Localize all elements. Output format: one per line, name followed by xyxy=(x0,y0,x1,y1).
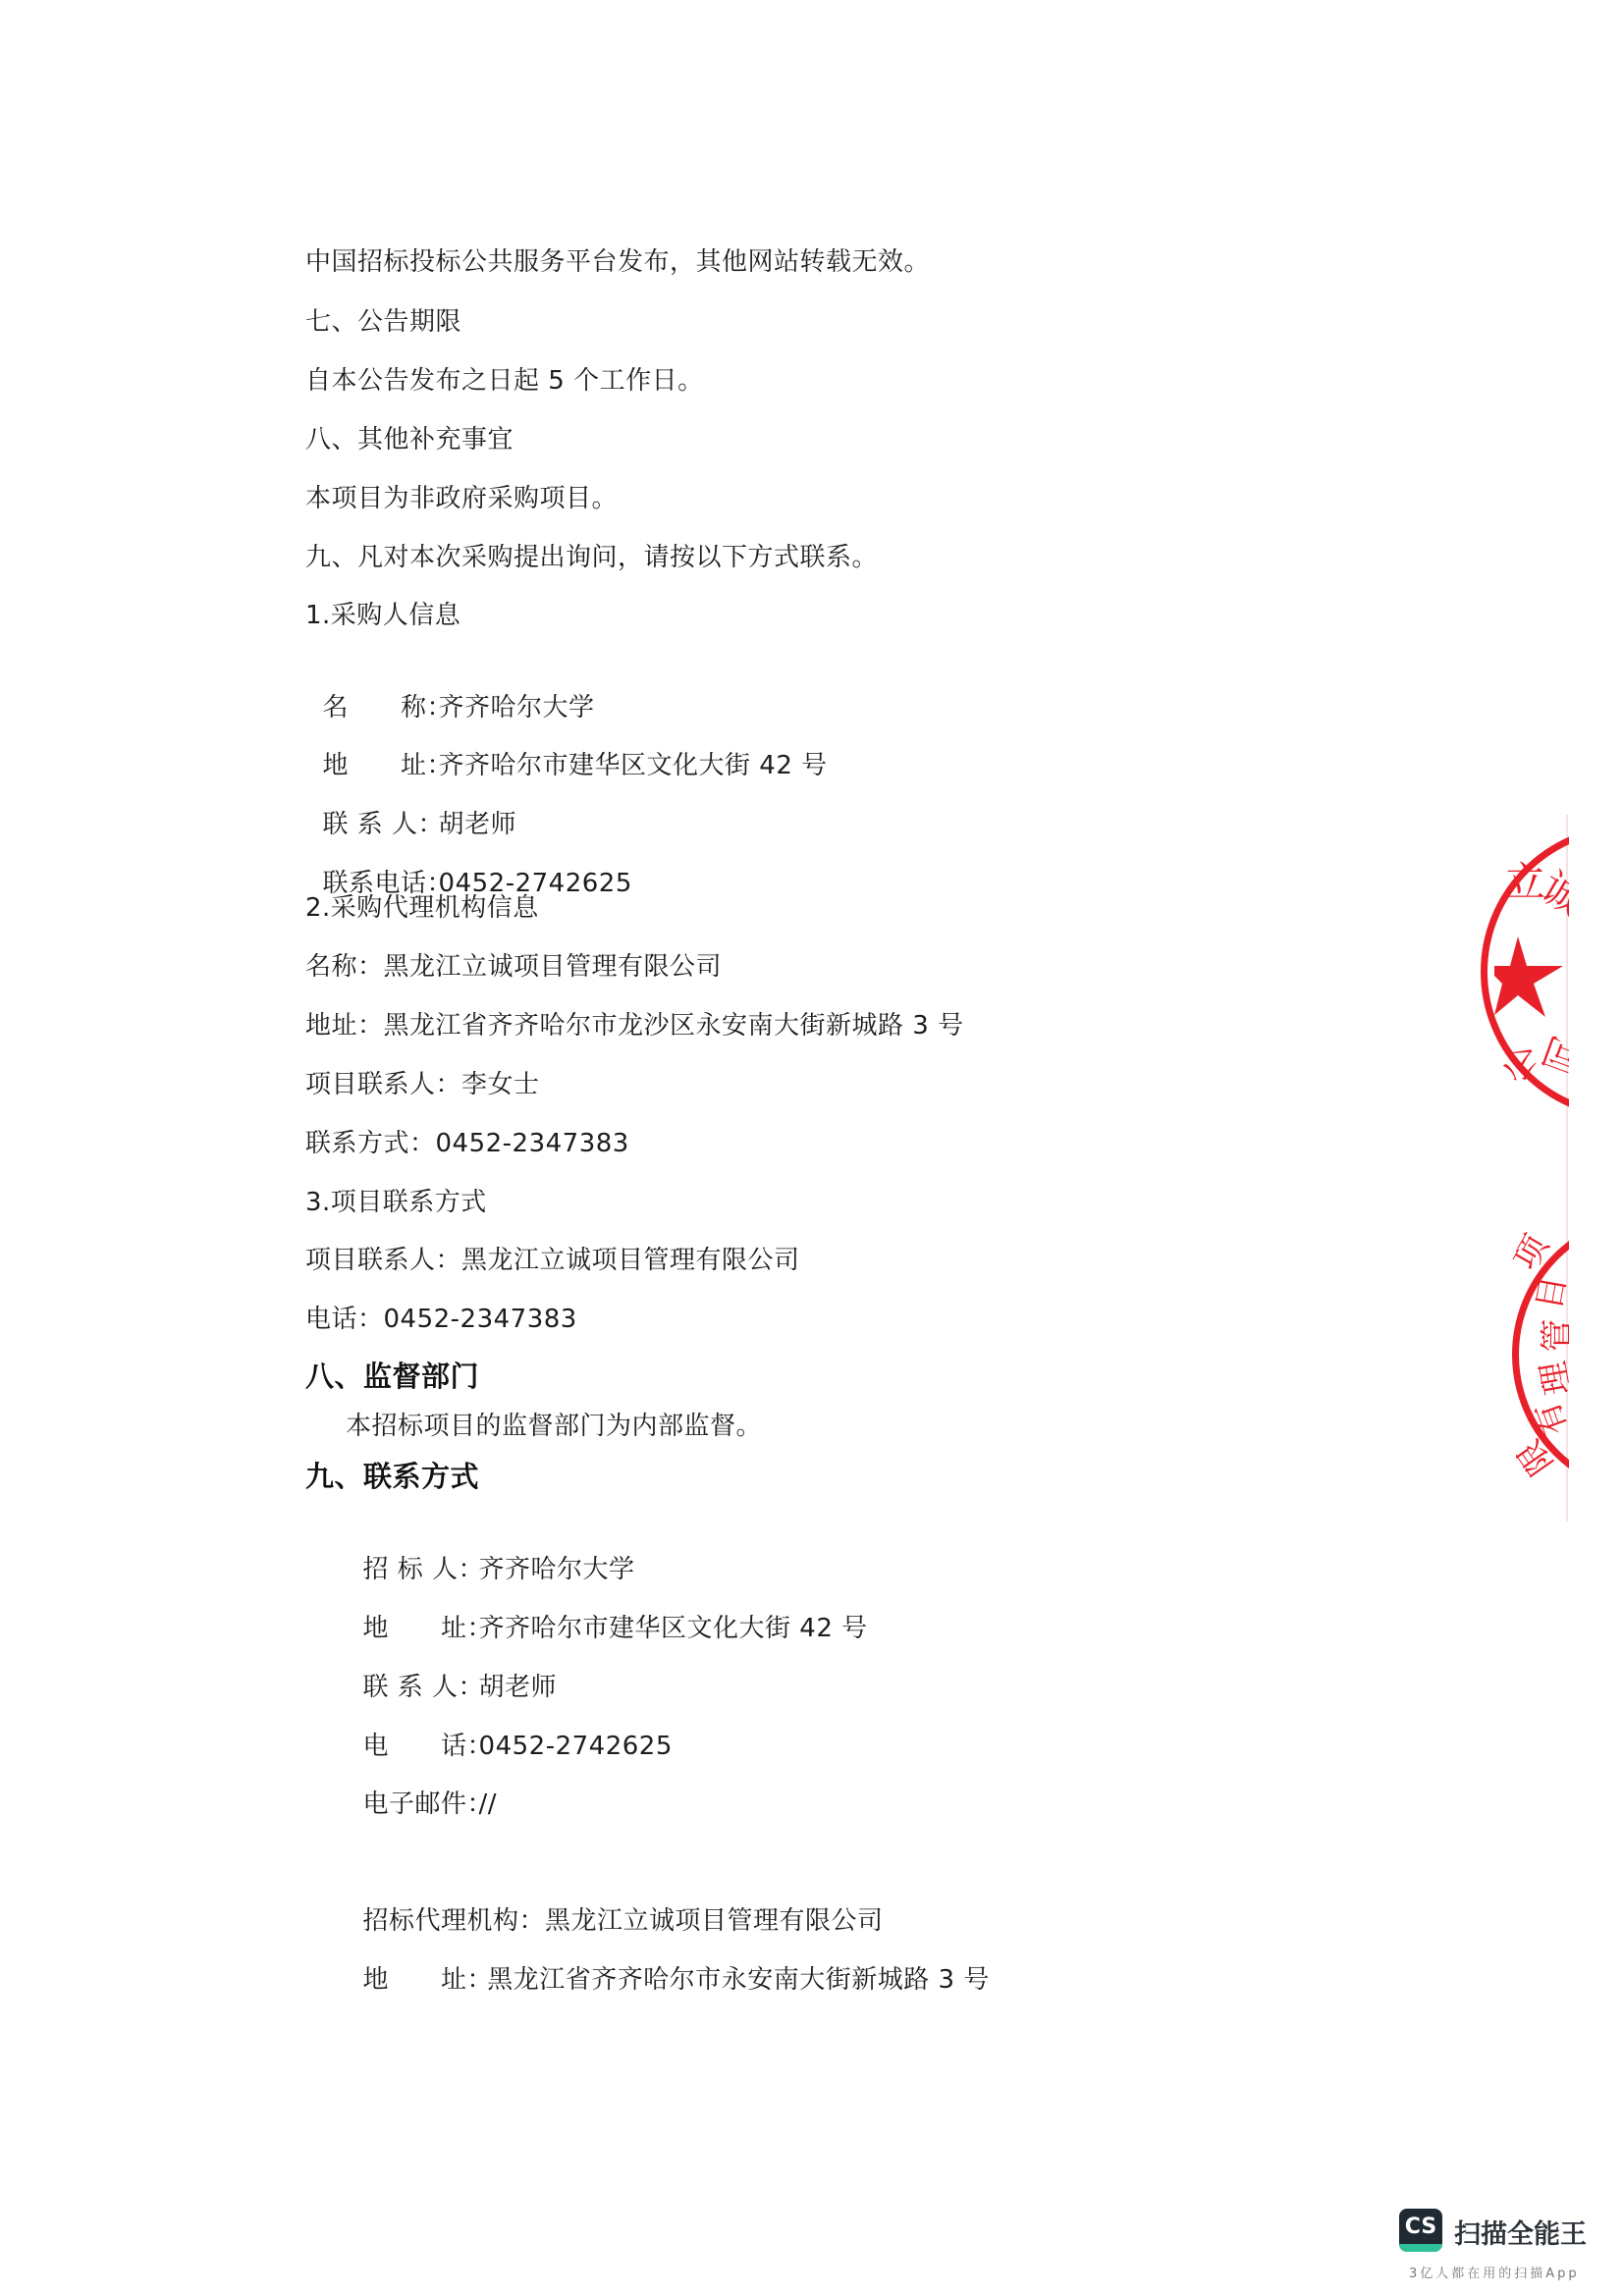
section-heading-other-matters: 八、其他补充事宜 xyxy=(305,423,514,456)
tenderer-phone-row: 电 话：0452-2742625 xyxy=(346,1696,673,1763)
field-label: 电子邮件： xyxy=(363,1788,479,1821)
project-contact-phone: 电话：0452-2347383 xyxy=(305,1303,577,1336)
seal-char: 管 xyxy=(1531,1319,1570,1353)
field-value: 黑龙江省齐齐哈尔市永安南大街新城路 3 号 xyxy=(479,1965,990,1995)
tenderer-address-row: 地 址：齐齐哈尔市建华区文化大街 42 号 xyxy=(346,1578,868,1645)
tenderer-row: 招 标 人：齐齐哈尔大学 xyxy=(346,1520,635,1586)
agency-contact-person: 项目联系人：李女士 xyxy=(305,1068,540,1101)
purchaser-contact-row: 联 系 人：胡老师 xyxy=(305,774,516,841)
watermark-title: 扫描全能王 xyxy=(1454,2213,1587,2251)
logo-accent-bar xyxy=(1399,2244,1442,2252)
purchaser-address-row: 地 址：齐齐哈尔市建华区文化大街 42 号 xyxy=(305,716,828,782)
agency-name: 名称：黑龙江立诚项目管理有限公司 xyxy=(305,950,722,984)
agency-address: 地址：黑龙江省齐齐哈尔市龙沙区永安南大街新城路 3 号 xyxy=(305,1009,964,1042)
bidding-agency-address-row: 地 址： 黑龙江省齐齐哈尔市永安南大街新城路 3 号 xyxy=(346,1930,990,1997)
purchaser-phone-row: 联系电话：0452-2742625 xyxy=(305,833,632,900)
seal-char: 理 xyxy=(1526,1359,1569,1400)
section-heading-announcement-period: 七、公告期限 xyxy=(305,305,461,339)
subheading-agency-info: 2.采购代理机构信息 xyxy=(305,891,539,925)
tenderer-email-row: 电子邮件：// xyxy=(346,1754,497,1821)
purchaser-name-row: 名 称：齐齐哈尔大学 xyxy=(305,658,595,724)
official-seal-project: 项 目 管 理 有 限 xyxy=(1473,1207,1569,1502)
field-value: // xyxy=(479,1789,498,1819)
section-heading-supervision: 八、监督部门 xyxy=(305,1360,479,1393)
supervision-text: 本招标项目的监督部门为内部监督。 xyxy=(346,1410,762,1443)
section-heading-contact: 九、联系方式 xyxy=(305,1460,479,1493)
body-text-non-gov: 本项目为非政府采购项目。 xyxy=(305,482,618,515)
body-text-period: 自本公告发布之日起 5 个工作日。 xyxy=(305,364,704,398)
camscanner-logo-icon: CS xyxy=(1399,2209,1442,2252)
agency-contact-phone: 联系方式：0452-2347383 xyxy=(305,1127,629,1160)
watermark-subtitle: 3亿人都在用的扫描App xyxy=(1409,2263,1580,2281)
field-label: 地 址： xyxy=(363,1963,479,1997)
seal-star-icon xyxy=(1494,933,1567,1021)
seal-char: 公 xyxy=(1502,1041,1538,1091)
subheading-project-contact: 3.项目联系方式 xyxy=(305,1186,487,1219)
body-text-platform: 中国招标投标公共服务平台发布，其他网站转载无效。 xyxy=(305,245,930,279)
logo-text: CS xyxy=(1405,2215,1436,2239)
project-contact-person: 项目联系人：黑龙江立诚项目管理有限公司 xyxy=(305,1244,800,1277)
field-value: 0452-2742625 xyxy=(479,1732,673,1761)
tenderer-contact-row: 联 系 人：胡老师 xyxy=(346,1637,557,1704)
subheading-purchaser-info: 1.采购人信息 xyxy=(305,599,460,632)
section-heading-inquiry: 九、凡对本次采购提出询问，请按以下方式联系。 xyxy=(305,541,878,574)
official-seal-agency: 立 诚 公 司 xyxy=(1473,815,1569,1139)
bidding-agency-row: 招标代理机构：黑龙江立诚项目管理有限公司 xyxy=(346,1871,884,1938)
